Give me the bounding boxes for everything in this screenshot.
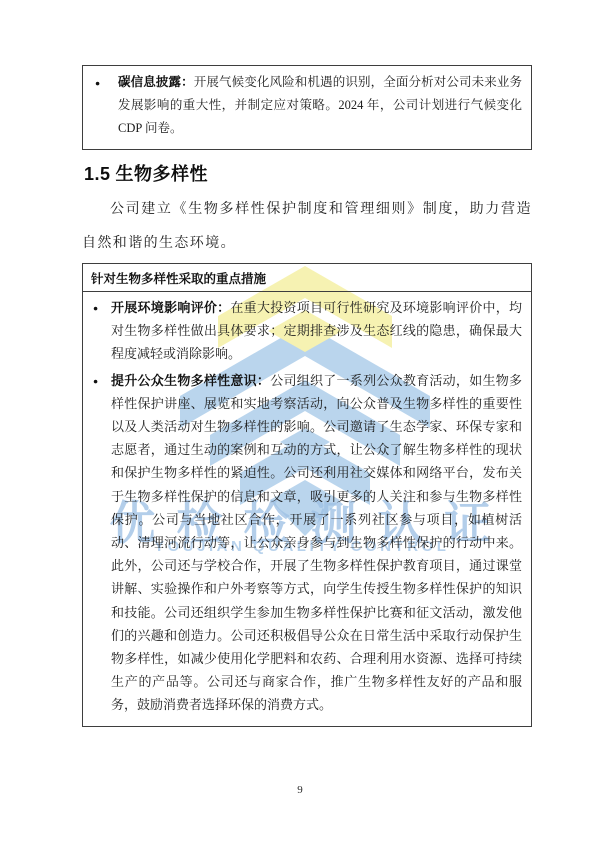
bullet-icon: ● [93,376,98,386]
page-number: 9 [0,784,600,796]
intro-paragraph: 公司建立《生物多样性保护制度和管理细则》制度，助力营造自然和谐的生态环境。 [82,193,532,261]
bullet-icon: ● [95,78,100,88]
measure-item-lead: 开展环境影响评价： [111,300,230,315]
carbon-disclosure-box: ●碳信息披露：开展气候变化风险和机遇的识别，全面分析对公司未来业务发展影响的重大… [82,65,532,150]
measure-item-public-awareness: ●提升公众生物多样性意识：公司组织了一系列公众教育活动，如生物多样性保护讲座、展… [111,369,522,717]
measures-table: 针对生物多样性采取的重点措施 ●开展环境影响评价：在重大投资项目可行性研究及环境… [82,263,532,727]
page-content: ●碳信息披露：开展气候变化风险和机遇的识别，全面分析对公司未来业务发展影响的重大… [82,0,532,727]
measures-table-body: ●开展环境影响评价：在重大投资项目可行性研究及环境影响评价中，均对生物多样性做出… [83,292,531,726]
measure-item-lead: 提升公众生物多样性意识： [111,373,270,388]
section-heading: 1.5生物多样性 [84,160,532,186]
measure-item-text: 公司组织了一系列公众教育活动，如生物多样性保护讲座、展览和实地考察活动，向公众普… [111,373,522,713]
bullet-icon: ● [93,303,98,313]
carbon-disclosure-item: ●碳信息披露：开展气候变化风险和机遇的识别，全面分析对公司未来业务发展影响的重大… [118,71,522,140]
measure-item-environmental-assessment: ●开展环境影响评价：在重大投资项目可行性研究及环境影响评价中，均对生物多样性做出… [111,296,522,366]
section-number: 1.5 [84,164,111,184]
carbon-disclosure-lead: 碳信息披露： [118,75,194,89]
section-title: 生物多样性 [116,164,209,184]
measures-table-header: 针对生物多样性采取的重点措施 [83,264,531,292]
